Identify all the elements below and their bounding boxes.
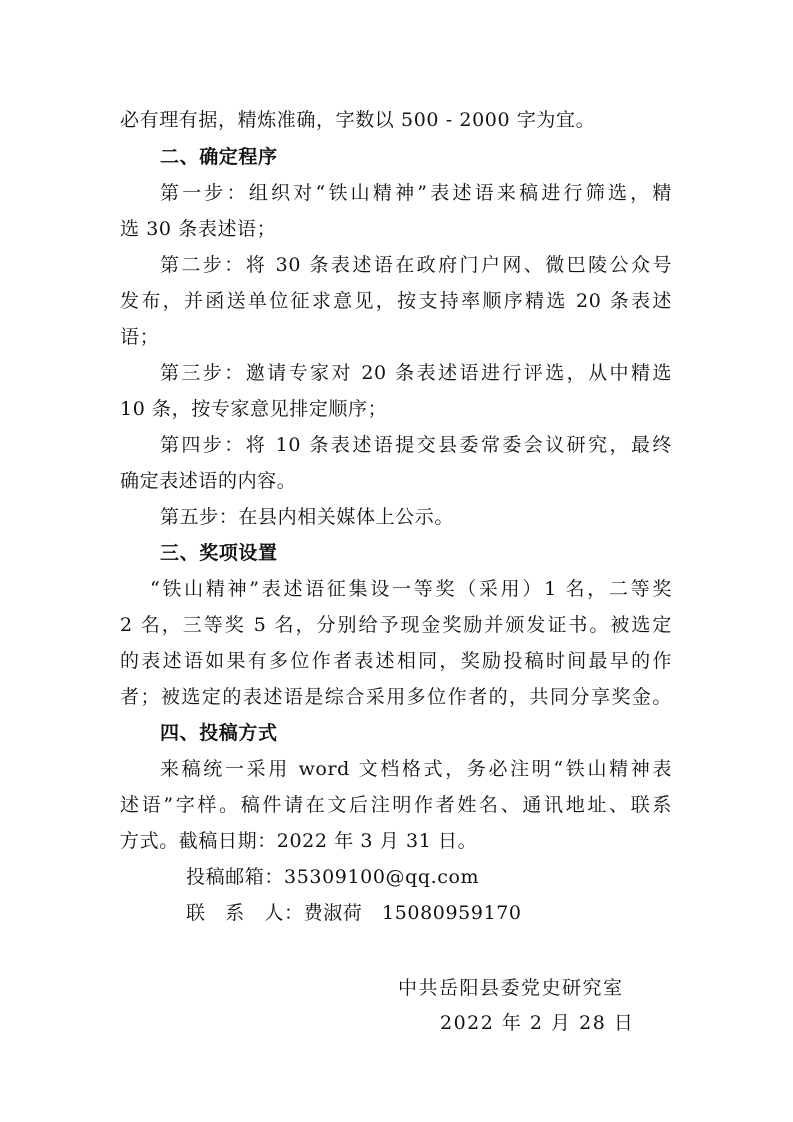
- paragraph-line: 述语”字样。稿件请在文后注明作者姓名、通讯地址、联系: [120, 793, 672, 817]
- section-heading: 二、确定程序: [160, 145, 712, 169]
- paragraph-line: 2 名，三等奖 5 名，分别给予现金奖励并颁发证书。被选定: [120, 613, 672, 637]
- paragraph-first-line: 来稿统一采用 word 文档格式，务必注明“铁山精神表: [160, 757, 672, 781]
- contact-line: 投稿邮箱：35309100@qq.com: [186, 865, 672, 889]
- signature-date: 2022 年 2 月 28 日: [440, 1011, 634, 1035]
- paragraph-line: 者；被选定的表述语是综合采用多位作者的，共同分享奖金。: [120, 685, 672, 709]
- paragraph-first-line: 第二步：将 30 条表述语在政府门户网、微巴陵公众号: [160, 253, 672, 277]
- section-heading: 四、投稿方式: [160, 721, 712, 745]
- contact-line: 联 系 人：费淑荷 15080959170: [186, 901, 672, 925]
- paragraph-line: 方式。截稿日期：2022 年 3 月 31 日。: [120, 829, 672, 853]
- paragraph-line: 第五步：在县内相关媒体上公示。: [160, 505, 672, 529]
- paragraph-line: 的表述语如果有多位作者表述相同，奖励投稿时间最早的作: [120, 649, 672, 673]
- paragraph-first-line: “铁山精神”表述语征集设一等奖（采用）1 名，二等奖: [150, 577, 672, 601]
- paragraph-line: 语；: [120, 325, 672, 349]
- paragraph-line: 必有理有据，精炼准确，字数以 500 - 2000 字为宜。: [120, 108, 672, 132]
- paragraph-first-line: 第三步：邀请专家对 20 条表述语进行评选，从中精选: [160, 361, 672, 385]
- paragraph-line: 发布，并函送单位征求意见，按支持率顺序精选 20 条表述: [120, 289, 672, 313]
- signature-organization: 中共岳阳县委党史研究室: [398, 976, 624, 1000]
- paragraph-line: 10 条，按专家意见排定顺序；: [120, 397, 672, 421]
- section-heading: 三、奖项设置: [160, 541, 712, 565]
- document-page: 必有理有据，精炼准确，字数以 500 - 2000 字为宜。二、确定程序第一步：…: [0, 0, 793, 1122]
- paragraph-line: 确定表述语的内容。: [120, 469, 672, 493]
- paragraph-first-line: 第一步：组织对“铁山精神”表述语来稿进行筛选，精: [160, 181, 672, 205]
- paragraph-line: 选 30 条表述语；: [120, 217, 672, 241]
- paragraph-first-line: 第四步：将 10 条表述语提交县委常委会议研究，最终: [160, 433, 672, 457]
